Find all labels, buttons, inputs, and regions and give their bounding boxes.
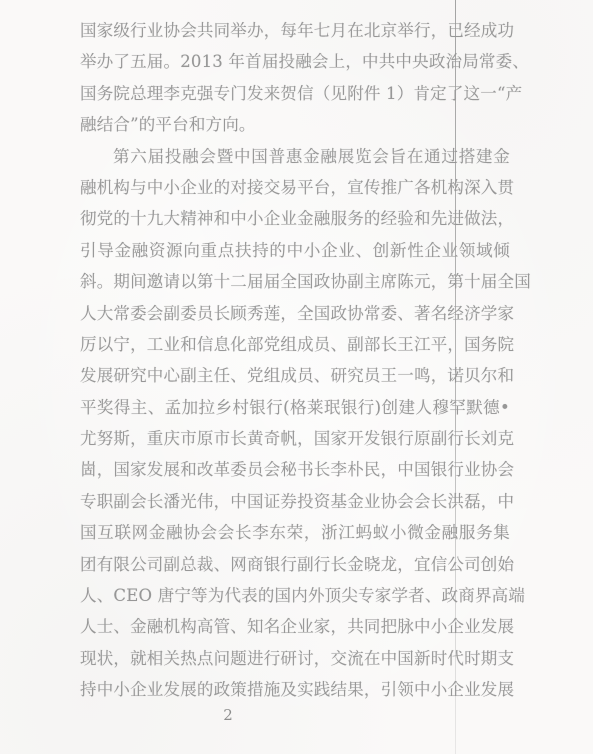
text-line: 国务院总理李克强专门发来贺信（见附件 1）肯定了这一“产: [80, 78, 510, 109]
text-line: 融机构与中小企业的对接交易平台，宣传推广各机构深入贯: [80, 172, 510, 203]
body-text: 国家级行业协会共同举办，每年七月在北京举行，已经成功举办了五届。2013 年首届…: [80, 15, 510, 706]
text-line: 融结合”的平台和方向。: [80, 109, 510, 140]
text-line: 人士、金融机构高管、知名企业家，共同把脉中小企业发展: [80, 611, 510, 642]
text-line: 人、CEO 唐宁等为代表的国内外顶尖专家学者、政商界高端: [80, 580, 510, 611]
text-line: 发展研究中心副主任、党组成员、研究员王一鸣，诺贝尔和: [80, 360, 510, 391]
text-line: 持中小企业发展的政策措施及实践结果，引领中小企业发展: [80, 674, 510, 705]
text-line: 举办了五届。2013 年首届投融会上，中共中央政治局常委、: [80, 46, 510, 77]
text-line: 专职副会长潘光伟，中国证券投资基金业协会会长洪磊，中: [80, 486, 510, 517]
page-number: 2: [0, 704, 456, 726]
text-line: 崮，国家发展和改革委员会秘书长李朴民，中国银行业协会: [80, 454, 510, 485]
text-line: 现状，就相关热点问题进行研讨，交流在中国新时代时期支: [80, 643, 510, 674]
text-line: 彻党的十九大精神和中小企业金融服务的经验和先进做法，: [80, 203, 510, 234]
text-line: 国互联网金融协会会长李东荣，浙江蚂蚁小微金融服务集: [80, 517, 510, 548]
document-page: 国家级行业协会共同举办，每年七月在北京举行，已经成功举办了五届。2013 年首届…: [0, 0, 593, 754]
text-line: 团有限公司副总裁、网商银行副行长金晓龙，宜信公司创始: [80, 549, 510, 580]
text-line: 斜。期间邀请以第十二届届全国政协副主席陈元，第十届全国: [80, 266, 510, 297]
text-line: 平奖得主、孟加拉乡村银行(格莱珉银行)创建人穆罕默德•: [80, 392, 510, 423]
text-line: 引导金融资源向重点扶持的中小企业、创新性企业领域倾: [80, 235, 510, 266]
text-line: 第六届投融会暨中国普惠金融展览会旨在通过搭建金: [80, 141, 510, 172]
text-line: 厉以宁，工业和信息化部党组成员、副部长王江平，国务院: [80, 329, 510, 360]
text-line: 人大常委会副委员长顾秀莲，全国政协常委、著名经济学家: [80, 298, 510, 329]
text-line: 国家级行业协会共同举办，每年七月在北京举行，已经成功: [80, 15, 510, 46]
text-line: 尤努斯，重庆市原市长黄奇帆，国家开发银行原副行长刘克: [80, 423, 510, 454]
